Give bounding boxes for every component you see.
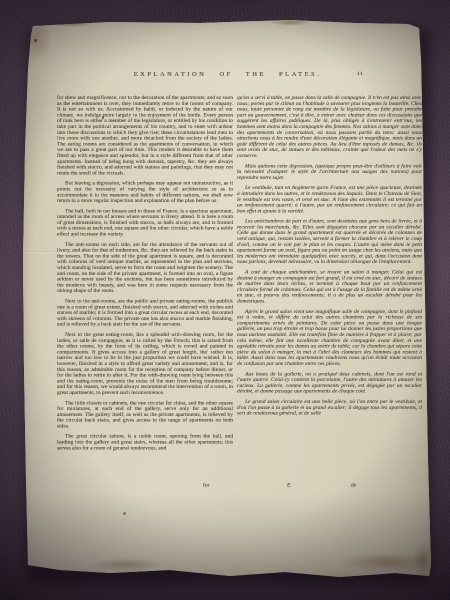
paragraph: A coté de chaque antichambre, se trouve … [237,270,422,305]
stain [123,512,126,515]
stain [34,39,37,42]
page-header: EXPLANATION OF THE PLATES. 11 [23,70,432,84]
paragraph: Mais quittons cette digression, (quoique… [237,163,422,180]
paragraph: for shew and magnificence, not to the de… [57,95,233,176]
paragraph: Aux bouts de la gallerie, on a pratiqué … [237,371,422,394]
paragraph: qu'on a servi à table, on passe dans la … [237,95,422,159]
paragraph: The hall, both in our houses and in thos… [57,208,233,237]
stain [90,558,162,571]
catchword-french: de [351,478,411,486]
signature-mark: E. [287,478,347,486]
paragraph: The great circular saloon, is a noble ro… [57,434,233,451]
paragraph: Next to the anti-rooms, are the public a… [57,299,233,328]
paragraph: Le vestibule, tant en Angleterre qu'en F… [237,185,422,214]
english-column: for shew and magnificence, not to the de… [57,95,233,487]
paragraph: Next to the great eating-room, lies a sp… [57,332,233,396]
book-page: EXPLANATION OF THE PLATES. 11 for shew a… [23,20,432,579]
photo-background: EXPLANATION OF THE PLATES. 11 for shew a… [0,0,450,600]
page-number: 11 [357,71,363,77]
catchword-english: for [203,478,263,486]
paragraph: The little closets or cabinets, the one … [57,400,233,429]
paragraph: But leaving a digression, which perhaps … [57,181,233,204]
paragraph: Le grand salon circulaire est une belle … [237,399,422,416]
paragraph: The anti-rooms on each side, are for the… [57,242,233,294]
paragraph: Les antichambres de part et d'autre, son… [237,219,422,265]
paragraph: Après le grand salon vient une magnifiqu… [237,309,422,367]
stain [270,19,310,26]
french-column: qu'on a servi à table, on passe dans la … [237,95,422,487]
running-title: EXPLANATION OF THE PLATES. [134,70,322,78]
stain [48,20,94,27]
